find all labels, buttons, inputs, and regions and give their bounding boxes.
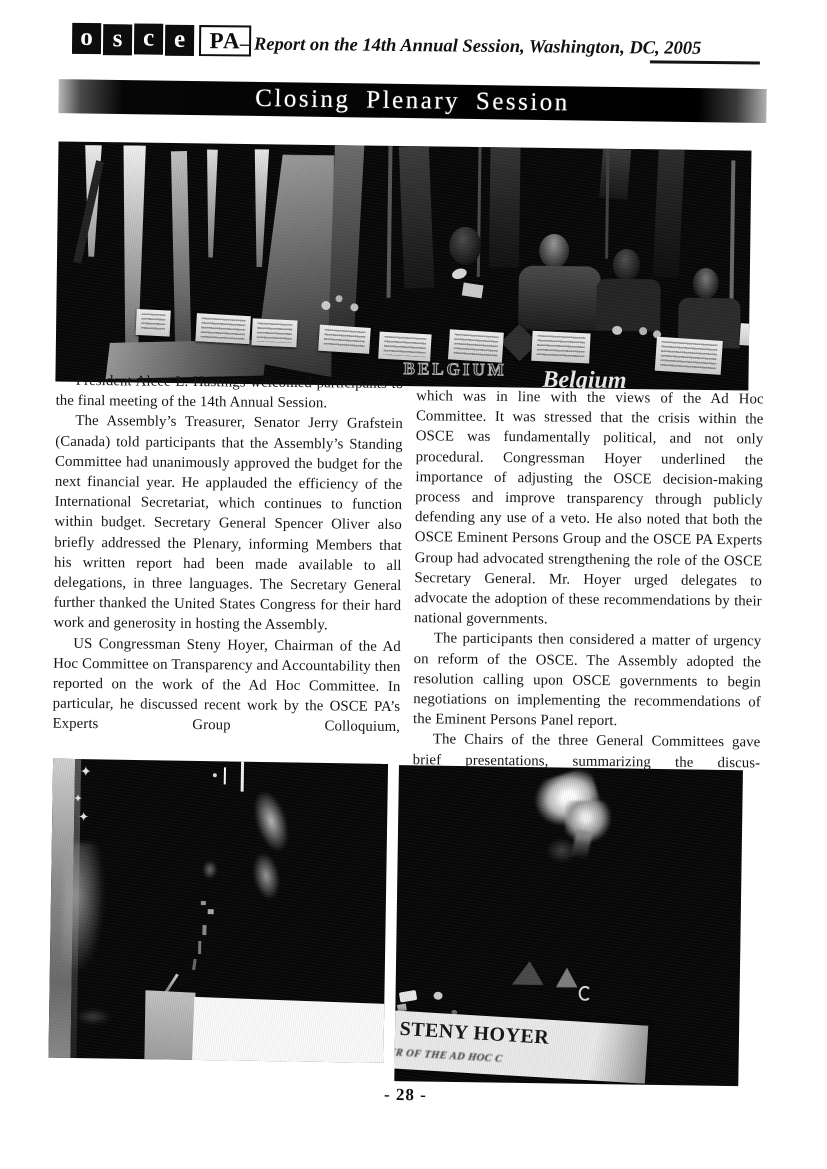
star-icon: ✦ [80, 766, 92, 780]
microphone [335, 295, 342, 302]
flag-drape [653, 149, 685, 278]
attendee-silhouette [693, 268, 719, 299]
paragraph: The participants then considered a matte… [413, 629, 761, 733]
attendee-hand [451, 267, 468, 281]
scanned-report-page: o s c e PA – Report on the 14th Annual S… [0, 0, 827, 1169]
article-column-left: President Alcee L. Hastings welcomed par… [52, 371, 403, 770]
flag-drape [489, 147, 521, 267]
star-icon: ✦ [78, 810, 89, 823]
podium-speaker-photo: ✦ ✦ ✦ [48, 759, 388, 1063]
delegate-nameplate [655, 337, 723, 375]
report-header-title: – Report on the 14th Annual Session, Was… [240, 34, 701, 59]
floor-glow [75, 1009, 111, 1025]
light-curl [579, 986, 592, 1001]
delegate-nameplate [531, 331, 590, 364]
desk-highlight [556, 967, 578, 987]
light-glint [213, 773, 217, 777]
logo-letter-box: e [165, 25, 194, 56]
attendee-shoulders [596, 279, 661, 332]
delegate-nameplate [136, 309, 171, 337]
attendee-silhouette [539, 234, 569, 268]
mic-stand-highlight [224, 767, 226, 784]
article-body: President Alcee L. Hastings welcomed par… [52, 371, 764, 774]
paragraph: US Congressman Steny Hoyer, Chairman of … [52, 633, 400, 737]
delegate-nameplate [739, 323, 751, 346]
logo-letter-box: o [72, 23, 101, 54]
delegate-nameplate [251, 318, 297, 347]
speaker-highlight [192, 959, 197, 970]
flag-drape [599, 148, 631, 200]
speaker-highlight [198, 941, 201, 954]
desk-glint [434, 992, 443, 1000]
logo-letter-box: c [134, 23, 163, 54]
paragraph: President Alcee L. Hastings welcomed par… [56, 371, 404, 415]
article-column-right: which was in line with the views of the … [413, 374, 764, 773]
plenary-session-photo: BELGIUM Belgium [55, 142, 751, 391]
podium-side [144, 990, 195, 1063]
delegate-nameplate [448, 329, 504, 362]
speaker-face-highlight [202, 860, 217, 879]
section-banner: Closing Plenary Session [58, 79, 766, 123]
flag-fold-highlight [62, 843, 106, 976]
flag-highlight [249, 850, 284, 902]
paper-highlight [462, 282, 484, 298]
desk-highlight [512, 961, 544, 985]
logo-letter-box: s [103, 24, 132, 55]
microphone [639, 327, 647, 335]
steny-hoyer-photo: STENY HOYER IR OF THE AD HOC C [394, 765, 743, 1086]
scan-skew-wrapper: o s c e PA – Report on the 14th Annual S… [0, 0, 827, 1169]
section-banner-title: Closing Plenary Session [255, 85, 570, 117]
nameplate-subtitle: IR OF THE AD HOC C [394, 1047, 503, 1065]
speaker-highlight [201, 901, 206, 905]
podium-front [192, 997, 388, 1063]
attendee-shoulders [518, 266, 601, 331]
delegate-nameplate [318, 325, 371, 354]
star-icon: ✦ [73, 794, 82, 805]
flag-pole [387, 146, 393, 298]
paragraph: which was in line with the views of the … [414, 386, 764, 632]
header-rule [650, 60, 760, 64]
flag-streak [250, 149, 274, 267]
nameplate-name: STENY HOYER [399, 1018, 550, 1050]
flag-pole [729, 160, 735, 318]
microphone [612, 326, 622, 335]
desk-glint [399, 990, 417, 1003]
speaker-highlight [202, 925, 206, 935]
flag-pole [605, 149, 609, 259]
delegate-nameplate [378, 332, 431, 362]
paragraph: The Assembly’s Treasurer, Senator Jerry … [53, 411, 403, 637]
face-shadow [546, 837, 578, 863]
flag-drape [399, 146, 435, 289]
microphone [321, 301, 330, 310]
osce-pa-logo: o s c e PA [72, 23, 251, 56]
steny-nameplate: STENY HOYER IR OF THE AD HOC C [394, 1010, 648, 1084]
flag-highlight [248, 787, 295, 855]
attendee-silhouette [613, 249, 640, 281]
flag-streak [171, 151, 191, 351]
speaker-highlight [208, 909, 214, 914]
mic-stand-highlight [241, 762, 244, 792]
microphone [350, 303, 358, 311]
delegate-nameplate [195, 313, 251, 344]
flag-streak [202, 149, 221, 257]
